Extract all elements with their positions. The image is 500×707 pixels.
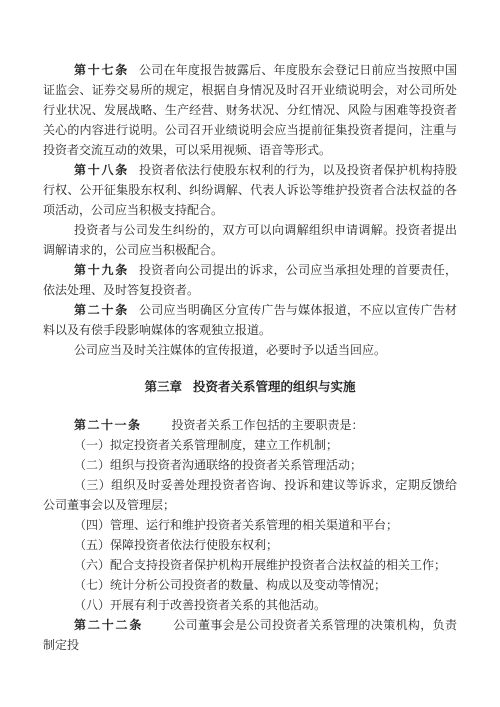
article-22-paragraph: 第二十二条公司董事会是公司投资者关系管理的决策机构，负责制定投 — [43, 615, 457, 655]
article-19-paragraph: 第十九条投资者向公司提出的诉求，公司应当承担处理的首要责任，依法处理、及时答复投… — [43, 260, 457, 300]
chapter-title: 投资者关系管理的组织与实施 — [193, 380, 356, 394]
article-20-label: 第二十条 — [74, 303, 129, 317]
article-18-label: 第十八条 — [74, 163, 129, 177]
duty-item-4: （四）管理、运行和维护投资者关系管理的相关渠道和平台； — [43, 515, 457, 535]
article-17-paragraph: 第十七条公司在年度报告披露后、年度股东会登记日前应当按照中国证监会、证券交易所的… — [43, 60, 457, 160]
article-21-paragraph: 第二十一条投资者关系工作包括的主要职责是： — [43, 415, 457, 435]
article-19-label: 第十九条 — [74, 263, 129, 277]
article-22-label: 第二十二条 — [74, 618, 143, 632]
article-17-text: 公司在年度报告披露后、年度股东会登记日前应当按照中国证监会、证券交易所的规定，根… — [43, 63, 457, 157]
document-page: 第十七条公司在年度报告披露后、年度股东会登记日前应当按照中国证监会、证券交易所的… — [0, 0, 500, 707]
paragraph-dispute-mediation: 投资者与公司发生纠纷的，双方可以向调解组织申请调解。投资者提出调解请求的，公司应… — [43, 220, 457, 260]
chapter-heading: 第三章投资者关系管理的组织与实施 — [43, 377, 457, 397]
chapter-label: 第三章 — [144, 380, 182, 394]
article-21-text: 投资者关系工作包括的主要职责是： — [172, 418, 364, 432]
article-17-label: 第十七条 — [74, 63, 129, 77]
paragraph-media-response: 公司应当及时关注媒体的宣传报道，必要时予以适当回应。 — [43, 340, 457, 360]
article-18-paragraph: 第十八条投资者依法行使股东权利的行为，以及投资者保护机构持股行权、公开征集股东权… — [43, 160, 457, 220]
article-21-label: 第二十一条 — [74, 418, 142, 432]
duty-item-3: （三）组织及时妥善处理投资者咨询、投诉和建议等诉求，定期反馈给公司董事会以及管理… — [43, 475, 457, 515]
duty-item-1: （一）拟定投资者关系管理制度，建立工作机制； — [43, 435, 457, 455]
duty-item-6: （六）配合支持投资者保护机构开展维护投资者合法权益的相关工作； — [43, 555, 457, 575]
duty-item-2: （二）组织与投资者沟通联络的投资者关系管理活动； — [43, 455, 457, 475]
duty-item-7: （七）统计分析公司投资者的数量、构成以及变动等情况； — [43, 575, 457, 595]
article-20-paragraph: 第二十条公司应当明确区分宣传广告与媒体报道，不应以宣传广告材料以及有偿手段影响媒… — [43, 300, 457, 340]
duty-item-8: （八）开展有利于改善投资者关系的其他活动。 — [43, 595, 457, 615]
duty-item-5: （五）保障投资者依法行使股东权利； — [43, 535, 457, 555]
